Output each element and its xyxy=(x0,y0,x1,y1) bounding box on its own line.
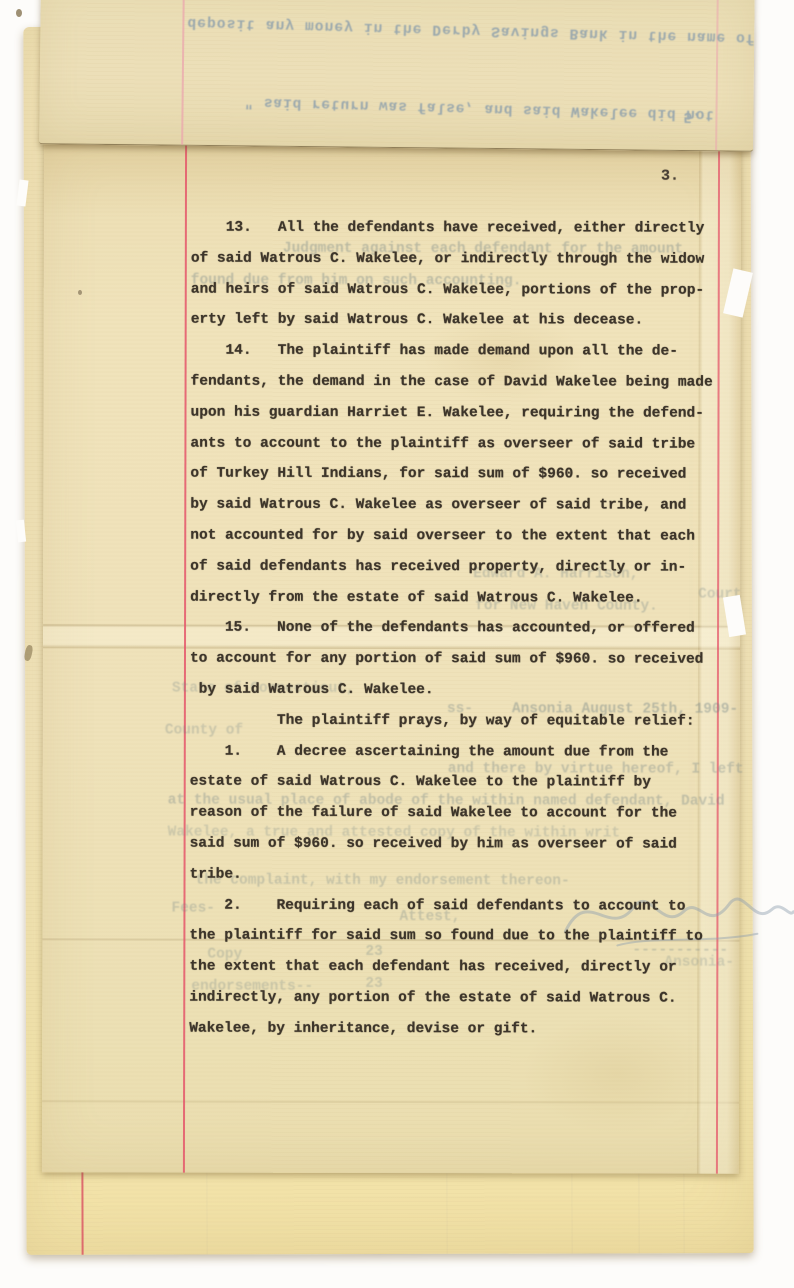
typed-line: directly from the estate of said Watrous… xyxy=(190,582,750,614)
typed-line: reason of the failure of said Wakelee to… xyxy=(190,798,750,830)
typed-line: of said Watrous C. Wakelee, or indirectl… xyxy=(191,243,751,275)
typed-line: to account for any portion of said sum o… xyxy=(190,644,750,676)
fold-crease xyxy=(42,1100,739,1103)
typed-line: fendants, the demand in the case of Davi… xyxy=(191,367,751,399)
scan-background: Judgment against each defendant for the … xyxy=(0,0,794,1288)
typed-line: erty left by said Watrous C. Wakelee at … xyxy=(191,305,751,337)
typed-line: 14. The plaintiff has made demand upon a… xyxy=(191,336,751,368)
typed-line: of said defendants has received property… xyxy=(190,551,750,583)
typed-line: the plaintiff for said sum so found due … xyxy=(189,921,749,953)
paper-speck xyxy=(16,9,22,17)
typed-text-block: 13. All the defendants have received, ei… xyxy=(189,213,751,1046)
typed-line: and heirs of said Watrous C. Wakelee, po… xyxy=(191,274,751,306)
document-page: Judgment against each defendant for the … xyxy=(42,132,741,1173)
typed-line: upon his guardian Harriet E. Wakelee, re… xyxy=(190,397,750,429)
typed-line: by said Watrous C. Wakelee as overseer o… xyxy=(190,490,750,522)
typed-line: by said Watrous C. Wakelee. xyxy=(190,675,750,707)
typed-line: the extent that each defendant has recei… xyxy=(189,952,749,984)
typed-line: 13. All the defendants have received, ei… xyxy=(191,213,751,245)
page-number: 3. xyxy=(661,167,679,187)
left-margin-rule xyxy=(183,133,187,1173)
verso-bleedthrough-text: " said return was false, and said Wakele… xyxy=(244,92,715,123)
typed-line: estate of said Watrous C. Wakelee to the… xyxy=(190,767,750,799)
typed-line: 15. None of the defendants has accounted… xyxy=(190,613,750,645)
verso-sheet-top: deposit any money in the Derby Savings B… xyxy=(39,0,755,152)
typed-line: Wakelee, by inheritance, devise or gift. xyxy=(189,1013,749,1045)
typed-line: not accounted for by said overseer to th… xyxy=(190,521,750,553)
typed-line: of Turkey Hill Indians, for said sum of … xyxy=(190,459,750,491)
typed-line: said sum of $960. so received by him as … xyxy=(190,829,750,861)
verso-bleedthrough-text: 5. xyxy=(683,107,701,125)
verso-left-margin-rule xyxy=(181,0,184,145)
typed-line: The plaintiff prays, by way of equitable… xyxy=(190,705,750,737)
typed-line: 2. Requiring each of said defendants to … xyxy=(189,890,749,922)
typed-line: ants to account to the plaintiff as over… xyxy=(190,428,750,460)
typed-line: 1. A decree ascertaining the amount due … xyxy=(190,736,750,768)
typed-line: tribe. xyxy=(190,859,750,891)
typed-line: indirectly, any portion of the estate of… xyxy=(189,982,749,1014)
verso-bleedthrough-text: deposit any money in the Derby Savings B… xyxy=(187,13,756,47)
verso-right-margin-rule xyxy=(715,0,718,150)
